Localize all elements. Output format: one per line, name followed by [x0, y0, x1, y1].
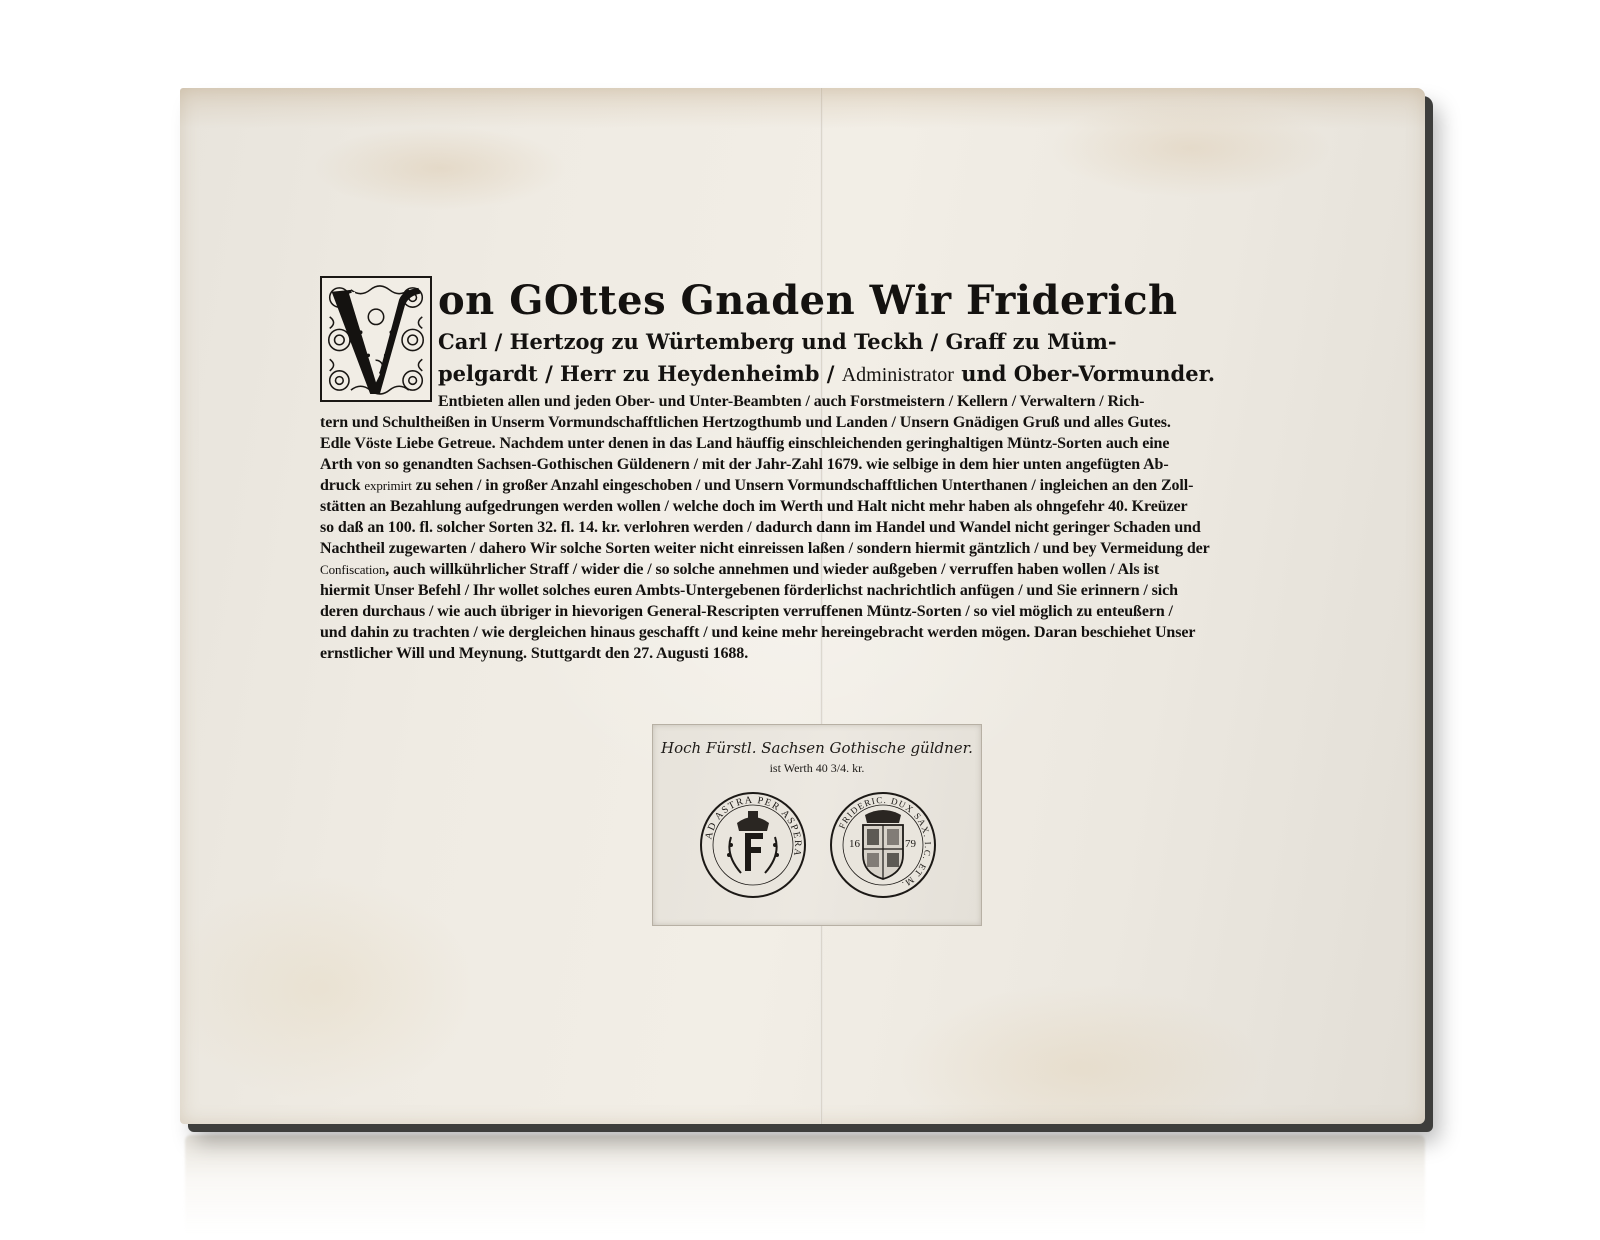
- body-line-3: Edle Vöste Liebe Getreue. Nachdem unter …: [320, 434, 1169, 454]
- svg-text:79: 79: [905, 838, 917, 850]
- body-text: zu sehen / in großer Anzahl eingeschoben…: [412, 477, 1194, 494]
- coin-illustration-plate: Hoch Fürstl. Sachsen Gothische güldner. …: [652, 724, 982, 926]
- decree-title-line-1: Carl / Hertzog zu Würtemberg und Teckh /…: [438, 328, 1280, 356]
- decorated-initial-v-icon: [320, 276, 432, 402]
- coin-value-note: ist Werth 40 3/4. kr.: [653, 761, 981, 776]
- decree-title-line-2: pelgardt / Herr zu Heydenheimb / Adminis…: [438, 360, 1280, 389]
- svg-text:16: 16: [849, 838, 861, 850]
- body-text: , auch willkührlicher Straff / wider die…: [385, 561, 1159, 578]
- body-line-2: tern und Schultheißen in Unserm Vormunds…: [320, 413, 1171, 433]
- photo-stage: on GOttes Gnaden Wir Friderich Carl / He…: [0, 0, 1600, 1240]
- body-line-8: Nachtheil zugewarten / dahero Wir solche…: [320, 539, 1210, 559]
- body-roman-word: Confiscation: [320, 562, 385, 577]
- decree-heading: on GOttes Gnaden Wir Friderich: [438, 278, 1280, 324]
- body-line-5: druck exprimirt zu sehen / in großer Anz…: [320, 476, 1193, 496]
- body-line-12: und dahin zu trachten / wie dergleichen …: [320, 623, 1195, 643]
- body-line-13-date: ernstlicher Will und Meynung. Stuttgardt…: [320, 644, 748, 664]
- body-line-1: Entbieten allen und jeden Ober- und Unte…: [438, 392, 1144, 412]
- body-line-10: hiermit Unser Befehl / Ihr wollet solche…: [320, 581, 1178, 601]
- title-text: und Ober-Vormunder.: [954, 361, 1215, 386]
- coin-obverse-f-monogram-icon: AD ASTRA PER ASPERA: [697, 789, 809, 901]
- coin-caption: Hoch Fürstl. Sachsen Gothische güldner.: [653, 739, 981, 757]
- body-line-6: stätten an Bezahlung aufgedrungen werden…: [320, 497, 1188, 517]
- body-line-7: so daß an 100. fl. solcher Sorten 32. fl…: [320, 518, 1201, 538]
- coin-reverse-coat-of-arms-icon: FRIDERIC. DUX SAX. I.C. ET M. 16 79: [827, 789, 939, 901]
- paper-reflection: [185, 1135, 1425, 1235]
- decree-sheet: on GOttes Gnaden Wir Friderich Carl / He…: [180, 88, 1425, 1124]
- body-line-4: Arth von so genandten Sachsen-Gothischen…: [320, 455, 1169, 475]
- body-text: druck: [320, 477, 364, 494]
- body-roman-word: exprimirt: [364, 478, 411, 493]
- title-roman-word: Administrator: [842, 364, 954, 386]
- body-line-9: Confiscation, auch willkührlicher Straff…: [320, 560, 1159, 580]
- body-line-11: deren durchaus / wie auch übriger in hie…: [320, 602, 1173, 622]
- title-text: pelgardt / Herr zu Heydenheimb /: [438, 361, 842, 386]
